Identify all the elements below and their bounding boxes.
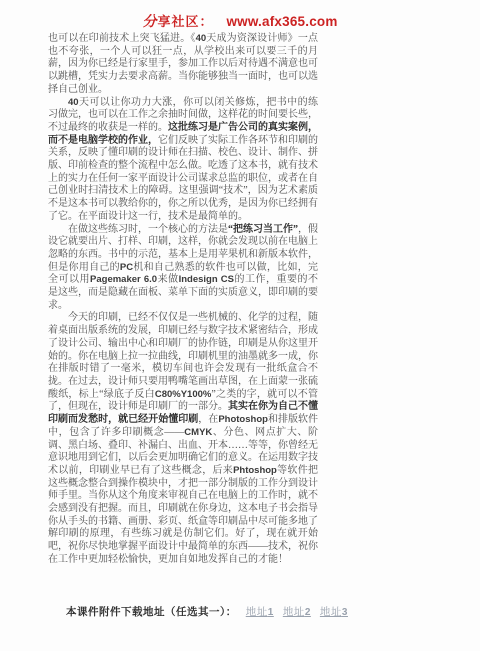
document-page: 分享社区：www.afx365.com 也可以在印前技术上突飞猛进。《40天成为…: [0, 0, 480, 651]
latin-term: Phtoshop: [233, 465, 277, 476]
text-run: 来做: [157, 274, 179, 285]
text-run: 在做这些练习时，一个核心的方法是: [68, 224, 228, 235]
latin-term: Pagemaker 6.0: [90, 274, 157, 285]
download-link-number: 3: [342, 607, 348, 618]
site-logo-char: 分: [142, 15, 157, 30]
latin-term: 40: [68, 97, 79, 108]
text-run: 今天的印刷，已经不仅仅是一些机械的、化学的过程，随着桌面出版系统的发展，印刷已经…: [48, 312, 318, 399]
download-link-text: 地址: [283, 607, 305, 618]
paragraph: 在做这些练习时，一个核心的方法是“把练习当工作”，假设它就要出片、打样、印刷，这…: [48, 224, 318, 313]
bold-phrase: “把练习当工作”: [228, 224, 298, 235]
paragraph: 也可以在印前技术上突飞猛进。《40天成为资深设计师》一点也不夸张，一个人可以狂一…: [48, 33, 318, 97]
site-header: 分享社区：www.afx365.com: [0, 11, 480, 31]
latin-term: Indesign CS: [179, 274, 234, 285]
download-link-number: 2: [305, 607, 311, 618]
latin-term: C80%Y100%: [155, 389, 212, 400]
download-link-number: 1: [268, 607, 274, 618]
latin-term: CMYK: [184, 427, 212, 438]
latin-term: 40: [196, 33, 207, 44]
download-link-1[interactable]: 地址1: [246, 607, 274, 618]
download-link-3[interactable]: 地址3: [320, 607, 348, 618]
download-footer: 本课件附件下载地址（任选其一）：地址1地址2地址3: [66, 604, 348, 619]
latin-term: Photoshop: [218, 414, 268, 425]
latin-term: PC: [120, 262, 133, 273]
text-run: 也可以在印前技术上突飞猛进。《: [48, 33, 196, 44]
paragraph: 今天的印刷，已经不仅仅是一些机械的、化学的过程，随着桌面出版系统的发展，印刷已经…: [48, 312, 318, 566]
site-name: 分享社区：: [142, 14, 213, 29]
site-url: www.afx365.com: [226, 14, 337, 29]
text-run: 等软件把这些概念整合到操作模块中，才把一部分制版的工作分到设计师手里。当你从这个…: [48, 465, 318, 565]
article-body: 也可以在印前技术上突飞猛进。《40天成为资深设计师》一点也不夸张，一个人可以狂一…: [48, 33, 318, 567]
download-link-2[interactable]: 地址2: [283, 607, 311, 618]
site-name-text: 享社区：: [157, 14, 213, 29]
download-label: 本课件附件下载地址（任选其一）：: [66, 607, 237, 618]
paragraph: 40天可以让你功力大涨，你可以闭关修炼，把书中的练习做完，也可以在工作之余抽时间…: [48, 97, 318, 224]
download-link-text: 地址: [320, 607, 342, 618]
text-run: 它们反映了实际工作各环节和印刷的关系，反映了懂印刷的设计师在扫描、校色、设计、制…: [48, 135, 318, 222]
text-run: ，在: [198, 414, 218, 425]
download-link-text: 地址: [246, 607, 268, 618]
footer-links: 地址1地址2地址3: [237, 607, 348, 618]
